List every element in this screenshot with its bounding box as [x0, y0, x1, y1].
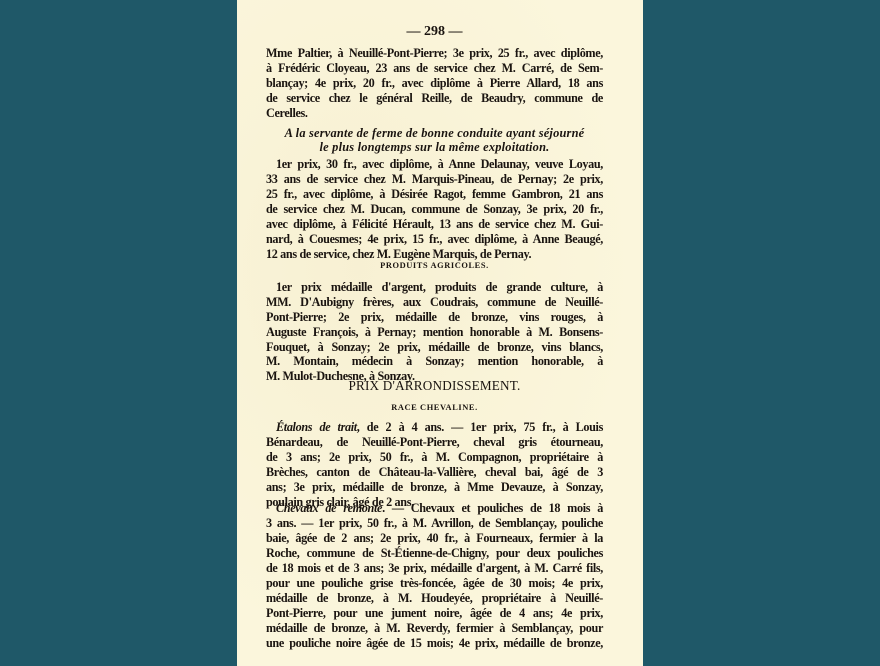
text-line: Étalons de trait, de 2 à 4 ans. — 1er pr… — [266, 420, 603, 435]
text-line: de 3 ans; 2e prix, 50 fr., à M. Compagno… — [266, 450, 603, 465]
text-line: 33 ans de service chez M. Marquis-Pineau… — [266, 172, 603, 187]
text-line: Pont-Pierre; 2e prix, médaille de bronze… — [266, 310, 603, 325]
text-line: de service chez le général Reille, de Be… — [266, 91, 603, 106]
document-page: — 298 — Mme Paltier, à Neuillé-Pont-Pier… — [237, 0, 643, 666]
text-line: ans; 3e prix, médaille de bronze, à Mme … — [266, 480, 603, 495]
text-line: pour une pouliche grise très-foncée, âgé… — [266, 576, 603, 591]
text-line: nard, à Couesmes; 4e prix, 15 fr., avec … — [266, 232, 603, 247]
text-line: Bénardeau, de Neuillé-Pont-Pierre, cheva… — [266, 435, 603, 450]
section-heading-servante: A la servante de ferme de bonne conduite… — [266, 126, 603, 141]
text-line: 25 fr., avec diplôme, à Désirée Ragot, f… — [266, 187, 603, 202]
text-line: Brèches, canton de Château-la-Vallière, … — [266, 465, 603, 480]
text-line: 1er prix, 30 fr., avec diplôme, à Anne D… — [266, 157, 603, 172]
text-line: Roche, commune de St-Étienne-de-Chigny, … — [266, 546, 603, 561]
text-line: avec diplôme, à Félicité Hérault, 13 ans… — [266, 217, 603, 232]
text-line: à Frédéric Cloyeau, 23 ans de service ch… — [266, 61, 603, 76]
text-line: Cerelles. — [266, 106, 603, 121]
text-line: médaille de bronze, à M. Houdeyée, propr… — [266, 591, 603, 606]
text-line: Fouquet, à Sonzay; 2e prix, médaille de … — [266, 340, 603, 355]
text-line: MM. D'Aubigny frères, aux Coudrais, comm… — [266, 295, 603, 310]
page-number: — 298 — — [266, 24, 603, 40]
italic-lead: Étalons de trait — [276, 420, 357, 434]
text-line: baie, âgée de 2 ans; 2e prix, 40 fr., à … — [266, 531, 603, 546]
text-line: Mme Paltier, à Neuillé-Pont-Pierre; 3e p… — [266, 46, 603, 61]
section-heading-produits: PRODUITS AGRICOLES. — [266, 259, 603, 273]
text-line: médaille de bronze, à M. Reverdy, fermie… — [266, 621, 603, 636]
text-line: Chevaux de remonte. — Chevaux et poulich… — [266, 501, 603, 516]
text-line: 1er prix médaille d'argent, produits de … — [266, 280, 603, 295]
section-heading-servante: le plus longtemps sur la même exploitati… — [266, 140, 603, 155]
text-line: blançay; 4e prix, 20 fr., avec diplôme à… — [266, 76, 603, 91]
italic-lead: Chevaux de remonte — [276, 501, 382, 515]
subheading-race-chevaline: RACE CHEVALINE. — [266, 401, 603, 415]
text-line: M. Montain, médecin à Sonzay; mention ho… — [266, 354, 603, 369]
text-line: de service chez M. Ducan, commune de Son… — [266, 202, 603, 217]
text-line: Auguste François, à Pernay; mention hono… — [266, 325, 603, 340]
text-line: une pouliche noire âgée de 15 mois; 4e p… — [266, 636, 603, 651]
text-line: Pont-Pierre, pour une jument noire, âgée… — [266, 606, 603, 621]
text-line: de 18 mois et de 3 ans; 3e prix, médaill… — [266, 561, 603, 576]
section-heading-arrondissement: PRIX D'ARRONDISSEMENT. — [266, 377, 603, 395]
text-line: 3 ans. — 1er prix, 50 fr., à M. Avrillon… — [266, 516, 603, 531]
